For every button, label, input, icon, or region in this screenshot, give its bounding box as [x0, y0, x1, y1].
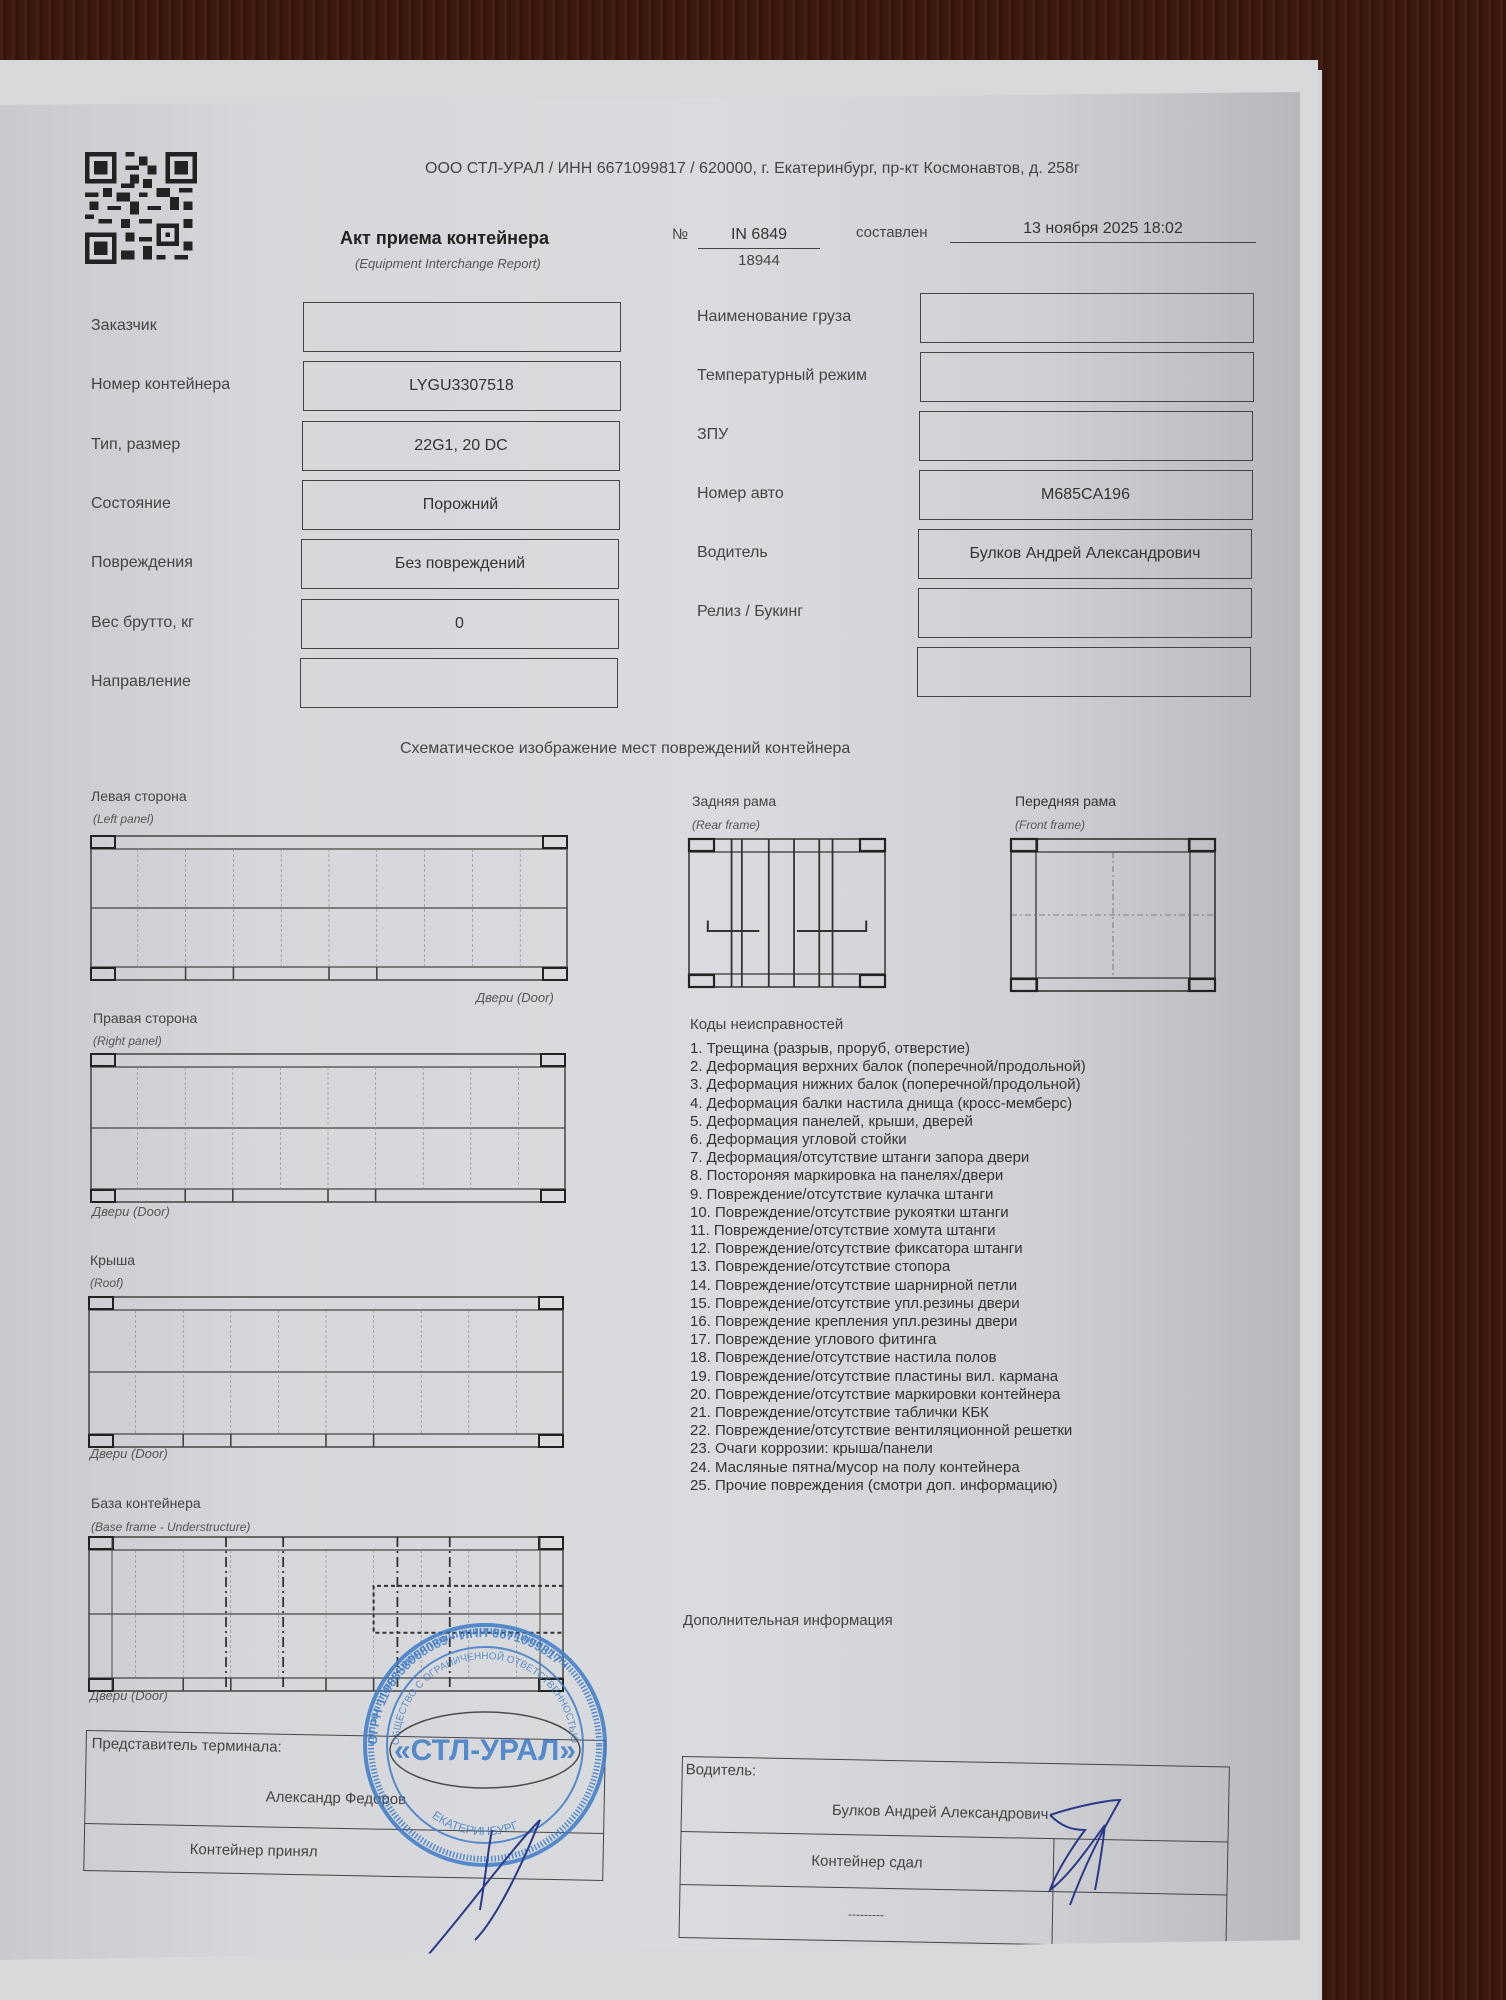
fault-code-item: 21. Повреждение/отсутствие таблички КБК	[690, 1404, 1086, 1422]
fault-codes-list: 1. Трещина (разрыв, проруб, отверстие)2.…	[690, 1040, 1086, 1495]
rear-frame-label: Задняя рама	[692, 793, 776, 809]
roof-label: Крыша	[90, 1252, 135, 1268]
right-field-label: Температурный режим	[697, 367, 867, 385]
roof-diagram[interactable]	[88, 1296, 566, 1454]
fault-code-item: 5. Деформация панелей, крыши, дверей	[690, 1113, 1086, 1131]
left-panel-sub: (Left panel)	[93, 812, 154, 826]
made-date: 13 ноября 2025 18:02	[950, 220, 1256, 243]
left-field-field[interactable]: 0	[301, 599, 619, 649]
left-field-label: Тип, размер	[91, 436, 180, 454]
made-label: составлен	[856, 224, 928, 241]
front-frame-diagram[interactable]	[1010, 838, 1220, 996]
left-field-field[interactable]: Порожний	[302, 480, 620, 530]
right-field-field[interactable]	[917, 647, 1251, 697]
fault-code-item: 18. Повреждение/отсутствие настила полов	[690, 1349, 1086, 1367]
front-frame-sub: (Front frame)	[1015, 818, 1085, 832]
left-panel-door: Двери (Door)	[476, 990, 554, 1005]
document-number: IN 6849	[698, 226, 820, 249]
left-field-label: Заказчик	[91, 317, 157, 335]
roof-door: Двери (Door)	[90, 1446, 168, 1461]
rear-frame-diagram[interactable]	[688, 838, 888, 990]
roof-sub: (Roof)	[90, 1276, 123, 1290]
right-field-field[interactable]: M685CA196	[919, 470, 1253, 520]
fault-code-item: 13. Повреждение/отсутствие стопора	[690, 1258, 1086, 1276]
qr-code-icon	[85, 152, 197, 264]
left-field-label: Повреждения	[91, 554, 193, 572]
scheme-title: Схематическое изображение мест поврежден…	[400, 740, 850, 758]
rear-frame-sub: (Rear frame)	[692, 818, 760, 832]
right-field-field[interactable]	[918, 588, 1252, 638]
base-door: Двери (Door)	[90, 1688, 168, 1703]
fault-code-item: 16. Повреждение крепления упл.резины две…	[690, 1313, 1086, 1331]
fault-code-item: 12. Повреждение/отсутствие фиксатора шта…	[690, 1240, 1086, 1258]
base-sub: (Base frame - Understructure)	[91, 1520, 250, 1534]
right-field-label: Номер авто	[697, 485, 784, 503]
stamp-inner-text: ОБЩЕСТВО С ОГРАНИЧЕННОЙ ОТВЕТСТВЕННОСТЬЮ	[391, 1650, 579, 1745]
fault-code-item: 20. Повреждение/отсутствие маркировки ко…	[690, 1386, 1086, 1404]
left-field-field[interactable]: Без повреждений	[301, 539, 619, 589]
right-field-label: Наименование груза	[697, 308, 851, 326]
right-field-field[interactable]	[920, 293, 1254, 343]
document-page: ООО СТЛ-УРАЛ / ИНН 6671099817 / 620000, …	[0, 0, 1300, 2000]
left-field-field[interactable]	[300, 658, 618, 708]
driver-signature	[1030, 1795, 1170, 1915]
left-field-field[interactable]	[303, 302, 621, 352]
right-field-field[interactable]: Булков Андрей Александрович	[918, 529, 1252, 579]
right-panel-sub: (Right panel)	[93, 1034, 162, 1048]
fault-code-item: 3. Деформация нижних балок (поперечной/п…	[690, 1076, 1086, 1094]
left-field-label: Направление	[91, 673, 191, 691]
document-title: Акт приема контейнера	[340, 228, 549, 249]
left-panel-diagram[interactable]	[90, 835, 570, 985]
document-number-sub: 18944	[698, 252, 820, 269]
fault-code-item: 8. Постороняя маркировка на панелях/двер…	[690, 1167, 1086, 1185]
right-field-label: ЗПУ	[697, 426, 728, 444]
driver-label: Водитель:	[684, 1758, 1228, 1791]
fault-code-item: 25. Прочие повреждения (смотри доп. инфо…	[690, 1477, 1086, 1495]
fault-code-item: 14. Повреждение/отсутствие шарнирной пет…	[690, 1277, 1086, 1295]
left-field-label: Состояние	[91, 495, 171, 513]
fault-code-item: 19. Повреждение/отсутствие пластины вил.…	[690, 1368, 1086, 1386]
right-field-field[interactable]	[920, 352, 1254, 402]
document-subtitle: (Equipment Interchange Report)	[355, 256, 541, 271]
number-label: №	[672, 226, 688, 243]
fault-code-item: 24. Масляные пятна/мусор на полу контейн…	[690, 1459, 1086, 1477]
driver-name: Булков Андрей Александрович	[832, 1802, 1049, 1823]
front-frame-label: Передняя рама	[1015, 793, 1116, 809]
right-panel-door: Двери (Door)	[92, 1204, 170, 1219]
additional-info-label: Дополнительная информация	[683, 1612, 893, 1629]
left-panel-label: Левая сторона	[91, 788, 187, 804]
right-field-field[interactable]	[919, 411, 1253, 461]
right-panel-diagram[interactable]	[90, 1053, 568, 1208]
fault-code-item: 22. Повреждение/отсутствие вентиляционно…	[690, 1422, 1086, 1440]
company-header: ООО СТЛ-УРАЛ / ИНН 6671099817 / 620000, …	[425, 160, 1080, 178]
left-field-field[interactable]: LYGU3307518	[303, 361, 621, 411]
stamp-center-text: «СТЛ-УРАЛ»	[394, 1734, 576, 1767]
right-field-label: Релиз / Букинг	[697, 603, 803, 621]
right-panel-label: Правая сторона	[93, 1010, 197, 1026]
fault-code-item: 17. Повреждение углового фитинга	[690, 1331, 1086, 1349]
fault-code-item: 23. Очаги коррозии: крыша/панели	[690, 1440, 1086, 1458]
fault-code-item: 15. Повреждение/отсутствие упл.резины дв…	[690, 1295, 1086, 1313]
fault-codes-title: Коды неисправностей	[690, 1016, 843, 1033]
fault-code-item: 1. Трещина (разрыв, проруб, отверстие)	[690, 1040, 1086, 1058]
fault-code-item: 9. Повреждение/отсутствие кулачка штанги	[690, 1186, 1086, 1204]
left-field-field[interactable]: 22G1, 20 DC	[302, 421, 620, 471]
left-field-label: Номер контейнера	[91, 376, 230, 394]
svg-text:ОБЩЕСТВО С ОГРАНИЧЕННОЙ ОТВЕТС: ОБЩЕСТВО С ОГРАНИЧЕННОЙ ОТВЕТСТВЕННОСТЬЮ	[391, 1650, 579, 1745]
fault-code-item: 11. Повреждение/отсутствие хомута штанги	[690, 1222, 1086, 1240]
container-handed-over: Контейнер сдал	[680, 1831, 1054, 1891]
fault-code-item: 7. Деформация/отсутствие штанги запора д…	[690, 1149, 1086, 1167]
driver-extra: ---------	[679, 1884, 1053, 1944]
left-field-label: Вес брутто, кг	[91, 614, 194, 632]
fault-code-item: 2. Деформация верхних балок (поперечной/…	[690, 1058, 1086, 1076]
base-label: База контейнера	[91, 1495, 201, 1511]
fault-code-item: 10. Повреждение/отсутствие рукоятки штан…	[690, 1204, 1086, 1222]
fault-code-item: 6. Деформация угловой стойки	[690, 1131, 1086, 1149]
fault-code-item: 4. Деформация балки настила днища (кросс…	[690, 1095, 1086, 1113]
right-field-label: Водитель	[697, 544, 768, 562]
